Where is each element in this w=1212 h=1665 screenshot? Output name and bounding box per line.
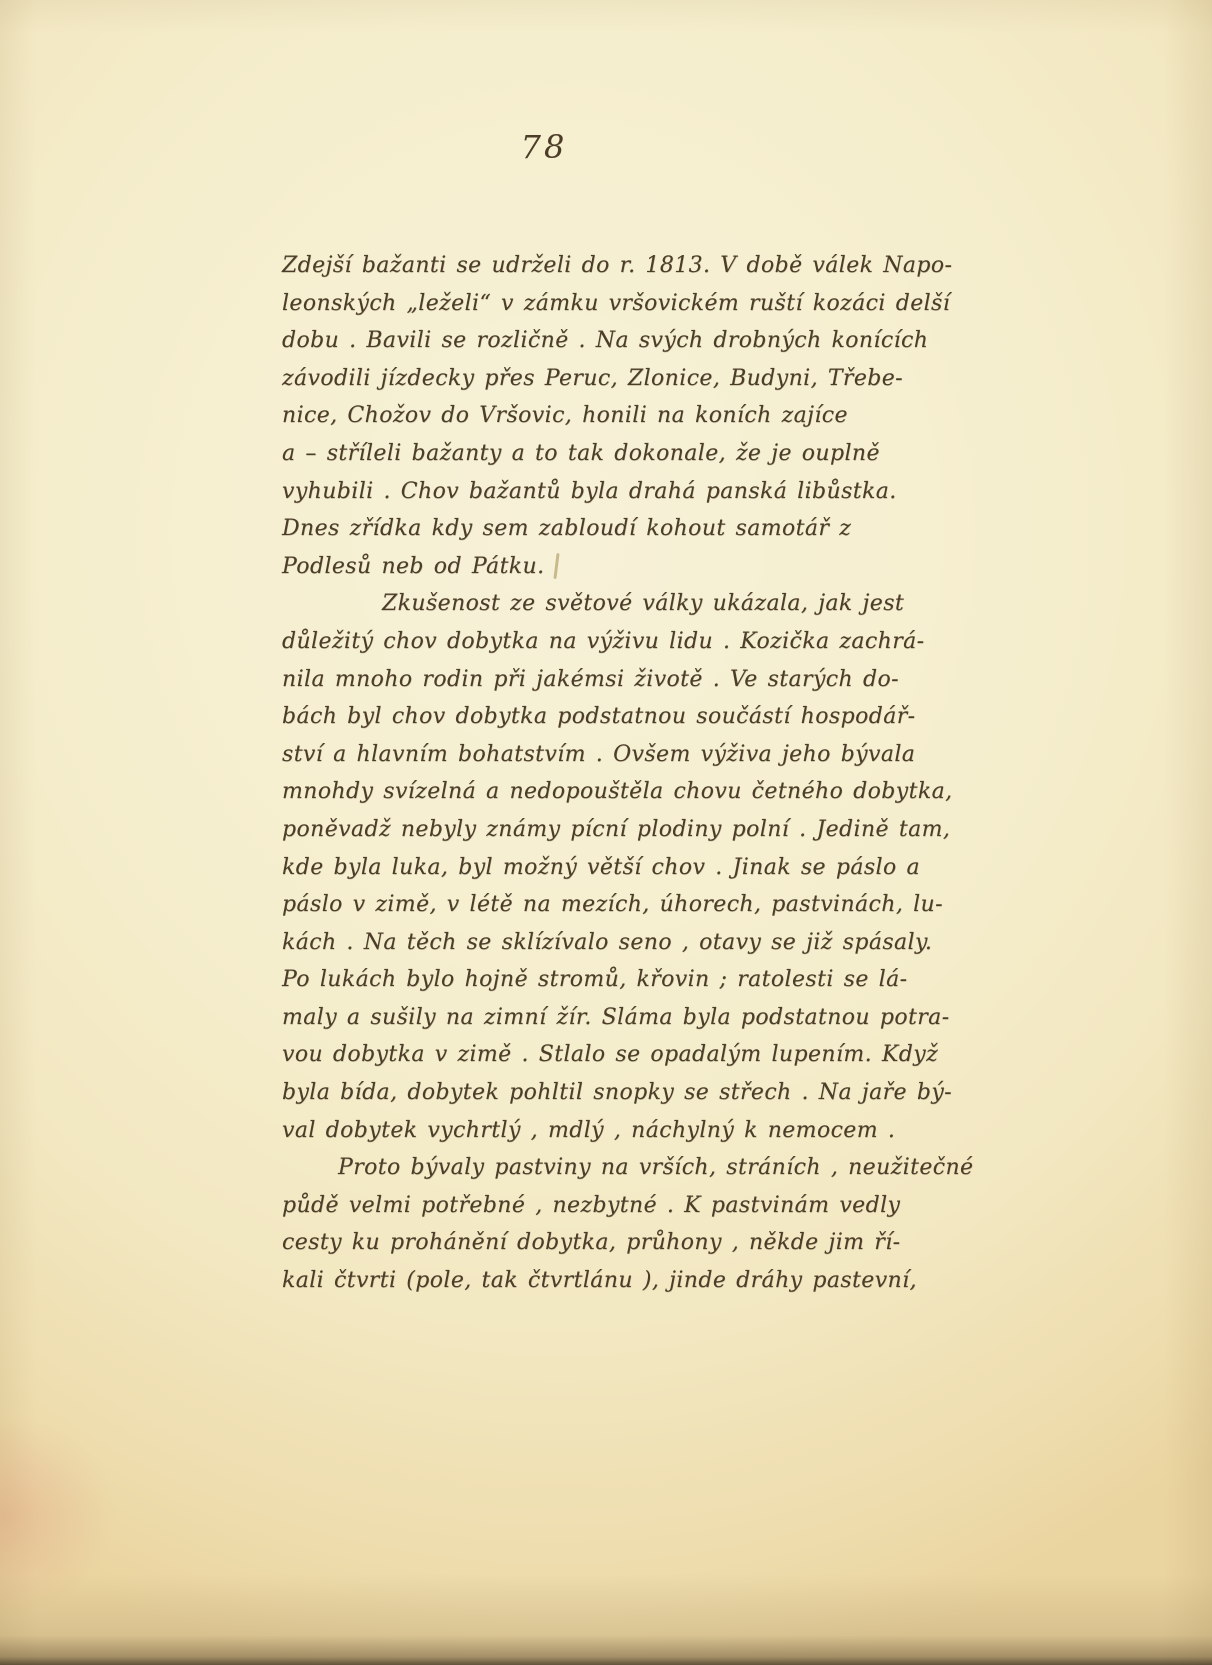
manuscript-line: vyhubili . Chov bažantů byla drahá pansk… <box>282 473 954 511</box>
manuscript-line: kali čtvrti (pole, tak čtvrtlánu ), jind… <box>282 1262 954 1300</box>
manuscript-line: val dobytek vychrtlý , mdlý , náchylný k… <box>282 1112 954 1150</box>
manuscript-line paragraph-start: Zkušenost ze světové války ukázala, jak … <box>282 585 954 623</box>
manuscript-line: leonských „leželi“ v zámku vršovickém ru… <box>282 285 954 323</box>
manuscript-line: dobu . Bavili se rozličně . Na svých dro… <box>282 322 954 360</box>
manuscript-line: mnohdy svízelná a nedopouštěla chovu čet… <box>282 773 954 811</box>
manuscript-line: a – stříleli bažanty a to tak dokonale, … <box>282 435 954 473</box>
manuscript-line paragraph-start: Proto bývaly pastviny na vrších, stráníc… <box>282 1149 954 1187</box>
manuscript-line: vou dobytka v zimě . Stlalo se opadalým … <box>282 1036 954 1074</box>
manuscript-line: maly a sušily na zimní žír. Sláma byla p… <box>282 999 954 1037</box>
manuscript-line: ství a hlavním bohatstvím . Ovšem výživa… <box>282 736 954 774</box>
manuscript-line: kách . Na těch se sklízívalo seno , otav… <box>282 924 954 962</box>
manuscript-line: nila mnoho rodin při jakémsi životě . Ve… <box>282 661 954 699</box>
scanned-manuscript-page: 78 Zdejší bažanti se udrželi do r. 1813.… <box>0 0 1212 1665</box>
manuscript-line: bách byl chov dobytka podstatnou součást… <box>282 698 954 736</box>
manuscript-line: kde byla luka, byl možný větší chov . Ji… <box>282 849 954 887</box>
manuscript-line: Zdejší bažanti se udrželi do r. 1813. V … <box>282 247 954 285</box>
manuscript-text-block: Zdejší bažanti se udrželi do r. 1813. V … <box>282 247 954 1300</box>
page-number: 78 <box>488 128 600 166</box>
manuscript-line: poněvadž nebyly známy pícní plodiny poln… <box>282 811 954 849</box>
manuscript-line: byla bída, dobytek pohltil snopky se stř… <box>282 1074 954 1112</box>
manuscript-line: závodili jízdecky přes Peruc, Zlonice, B… <box>282 360 954 398</box>
manuscript-line-text: Podlesů neb od Pátku. <box>282 554 545 579</box>
manuscript-line: nice, Chožov do Vršovic, honili na koníc… <box>282 397 954 435</box>
manuscript-line: cesty ku prohánění dobytka, průhony , ně… <box>282 1224 954 1262</box>
pencil-mark <box>553 553 559 579</box>
manuscript-line: půdě velmi potřebné , nezbytné . K pastv… <box>282 1187 954 1225</box>
manuscript-line: důležitý chov dobytka na výživu lidu . K… <box>282 623 954 661</box>
manuscript-line: Po lukách bylo hojně stromů, křovin ; ra… <box>282 961 954 999</box>
manuscript-line: páslo v zimě, v létě na mezích, úhorech,… <box>282 886 954 924</box>
manuscript-line: Dnes zřídka kdy sem zabloudí kohout samo… <box>282 510 954 548</box>
manuscript-line: Podlesů neb od Pátku. <box>282 548 954 586</box>
